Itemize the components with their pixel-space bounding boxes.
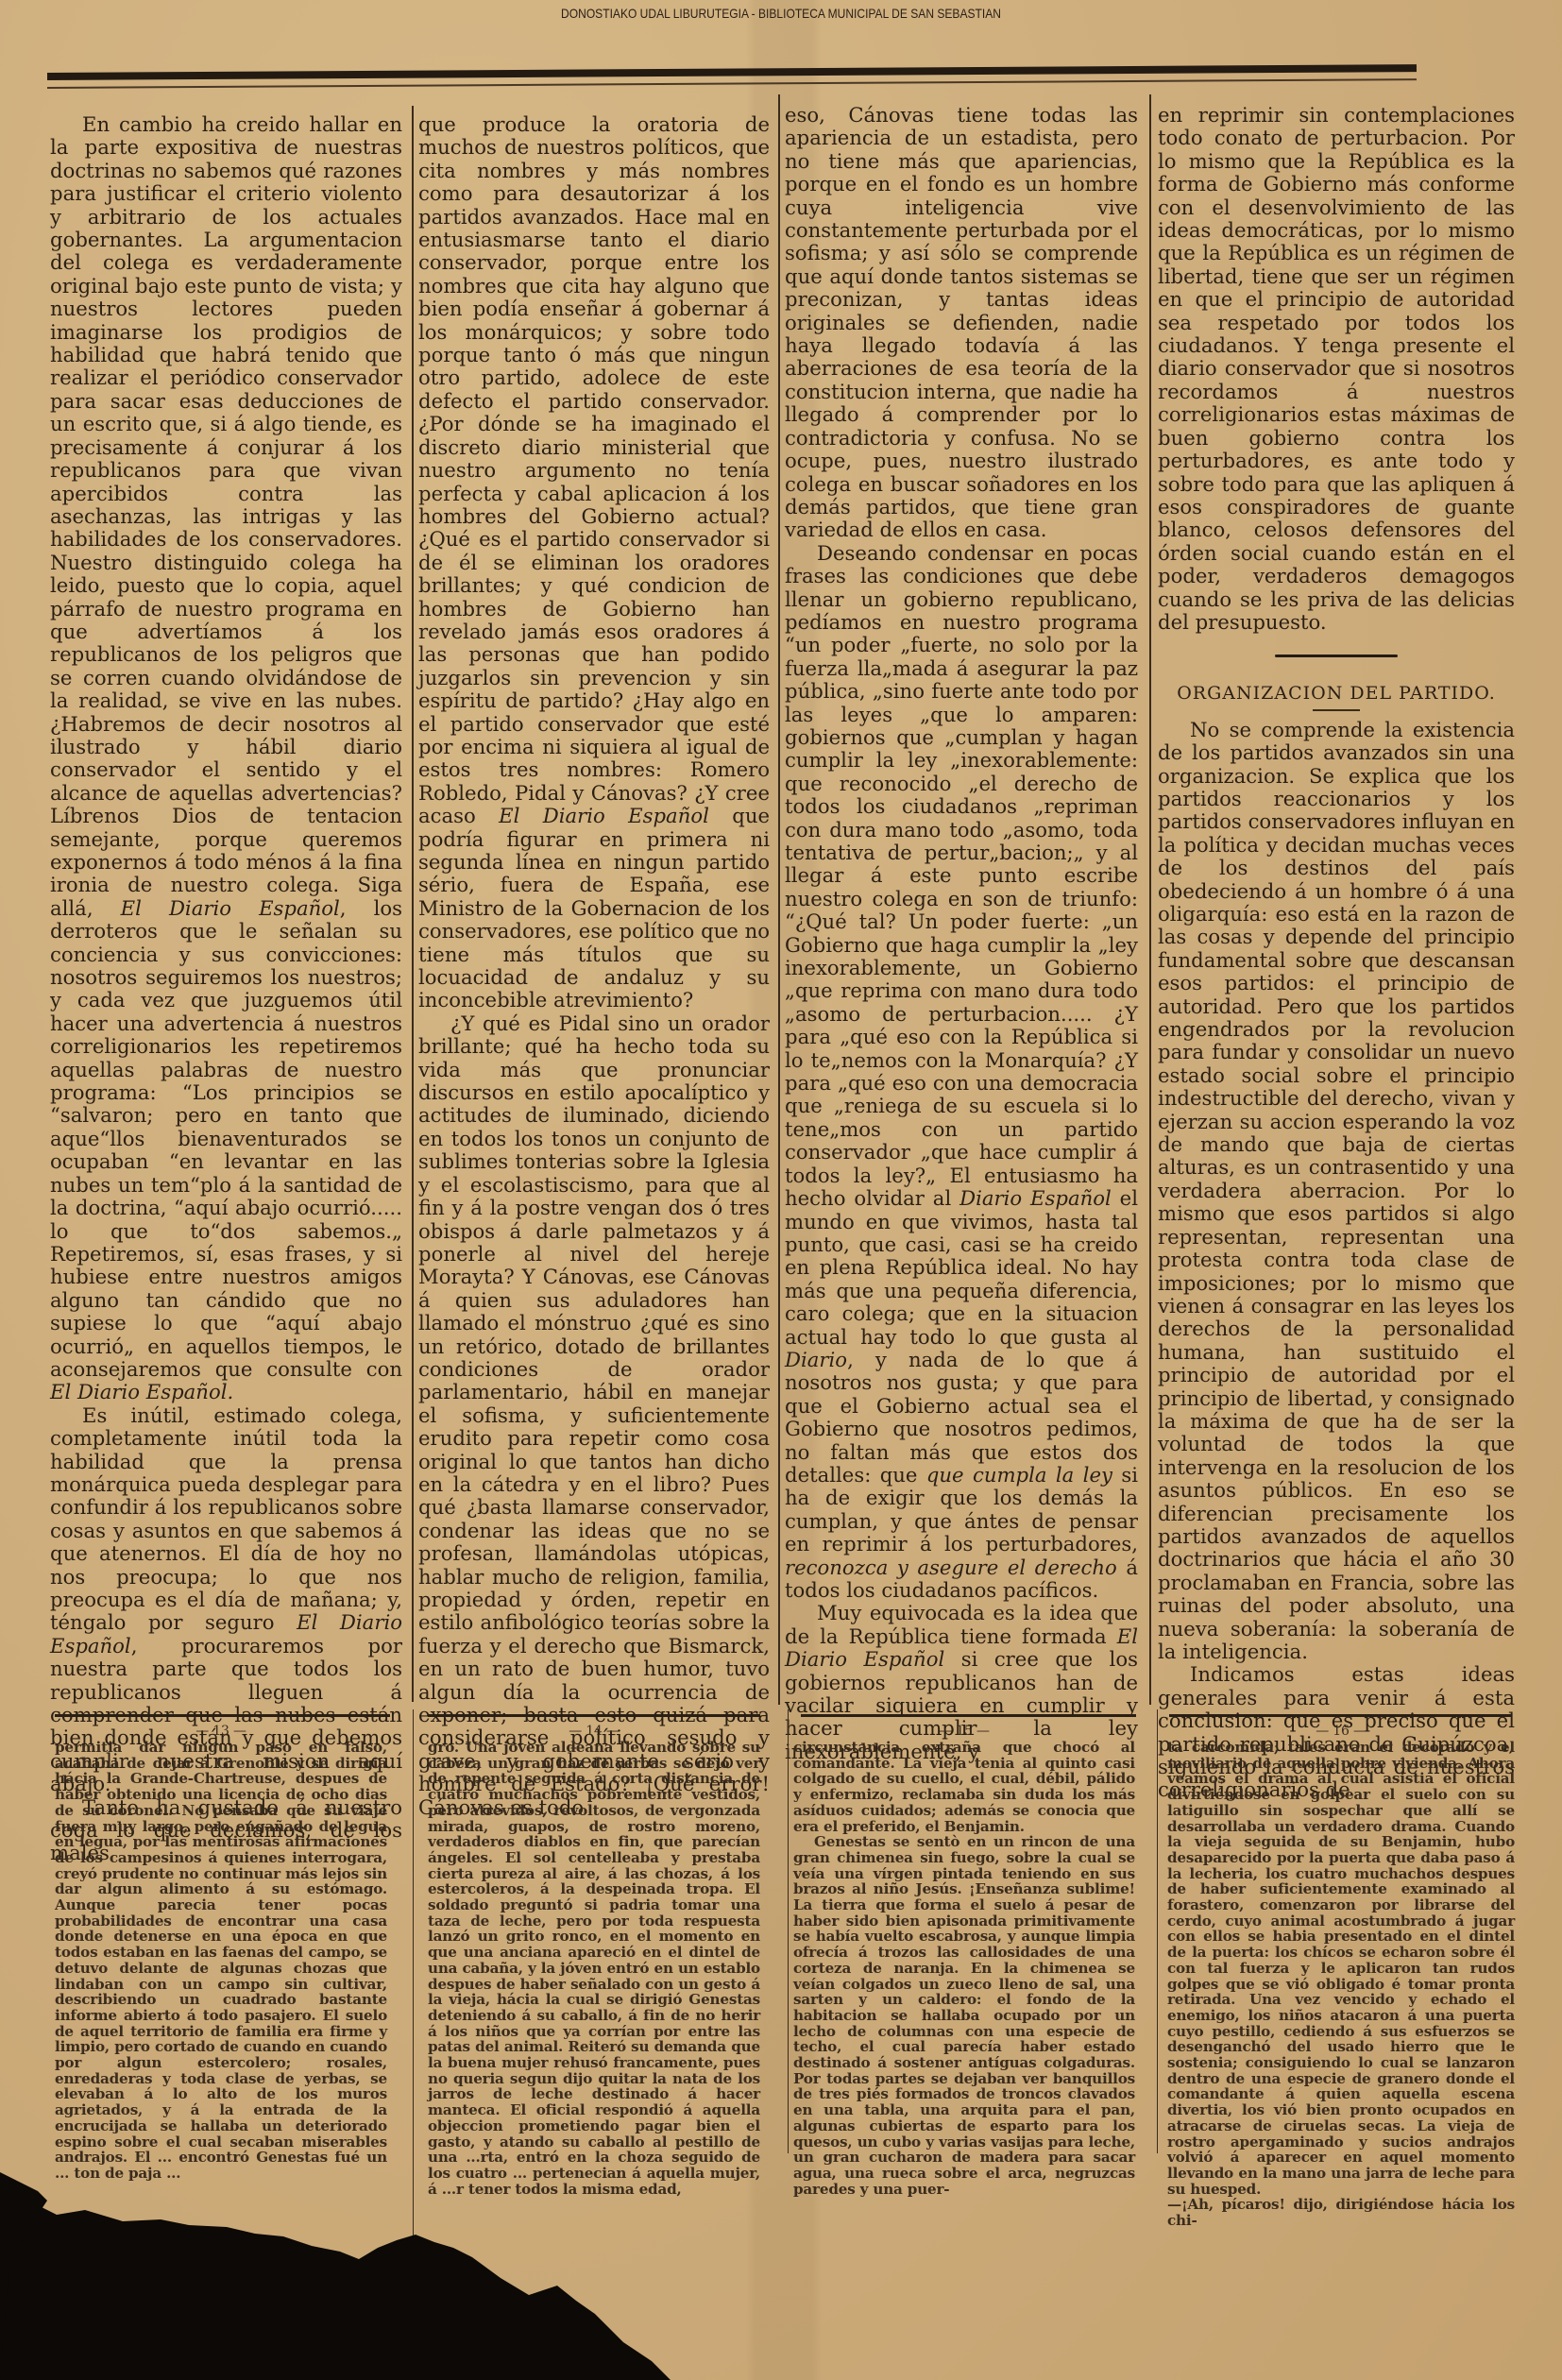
article-column-4: en reprimir sin contemplaciones todo con… [1158,104,1515,1802]
folletin-page-13: — 13 — permitia dar ningun paso en falso… [55,1725,387,2182]
folletin-page-15: — 15 — circunstancia extraña que chocó a… [793,1725,1135,2197]
folletin-text: gro. Una jóven aldeana llevando sobre su… [428,1740,760,2197]
page-number: — 16 — [1167,1725,1515,1738]
folletin-text: Genestas se sentò en un rincon de una gr… [793,1834,1135,2197]
folletin-text: ta carcomida; tales eran el decorado y e… [1167,1740,1515,2197]
folletin-rule [428,1714,760,1717]
column-divider [788,1709,789,2153]
folletin-rule [55,1714,390,1717]
folletin-page-16: — 16 — ta carcomida; tales eran el decor… [1167,1725,1515,2229]
paragraph: en reprimir sin contemplaciones todo con… [1158,104,1515,634]
column-divider [1149,94,1151,1705]
page-number: — 14 — [428,1725,760,1738]
column-divider [412,106,414,1702]
article-column-2: que produce la oratoria de muchos de nue… [418,113,770,1819]
paragraph: ¿Y qué es Pidal sino un orador brillante… [418,1012,770,1819]
folletin-text: —¡Ah, pícaros! dijo, dirigiéndose hácia … [1167,2197,1515,2228]
article-column-1: En cambio ha creido hallar en la parte e… [50,113,402,1865]
paragraph: que produce la oratoria de muchos de nue… [418,113,770,1012]
heading-underline [1313,709,1360,711]
folletin-text: circunstancia extraña que chocó al coman… [793,1740,1135,1834]
column-divider [778,94,780,1705]
paragraph: No se comprende la existencia de los par… [1158,719,1515,1664]
article-column-3: eso, Cánovas tiene todas las apariencia … [785,104,1138,1763]
header-thin-rule [47,78,1417,89]
folletin-rule [1169,1714,1511,1717]
paragraph: Deseando condensar en pocas frases las c… [785,542,1138,1603]
paragraph: eso, Cánovas tiene todas las apariencia … [785,104,1138,542]
library-watermark: DONOSTIAKO UDAL LIBURUTEGIA - BIBLIOTECA… [110,6,1452,21]
column-divider [1157,1709,1158,2153]
section-heading: ORGANIZACION DEL PARTIDO. [1158,682,1515,705]
folletin-page-14: — 14 — gro. Una jóven aldeana llevando s… [428,1725,760,2197]
folletin-text: permitia dar ningun paso en falso, acaba… [55,1740,387,2182]
folletin-rule [801,1714,1136,1717]
header-thick-rule [47,64,1417,80]
paragraph: En cambio ha creido hallar en la parte e… [50,113,402,1404]
column-divider [413,1709,414,2361]
page-number: — 15 — [793,1725,1135,1738]
page-number: — 13 — [55,1725,387,1738]
